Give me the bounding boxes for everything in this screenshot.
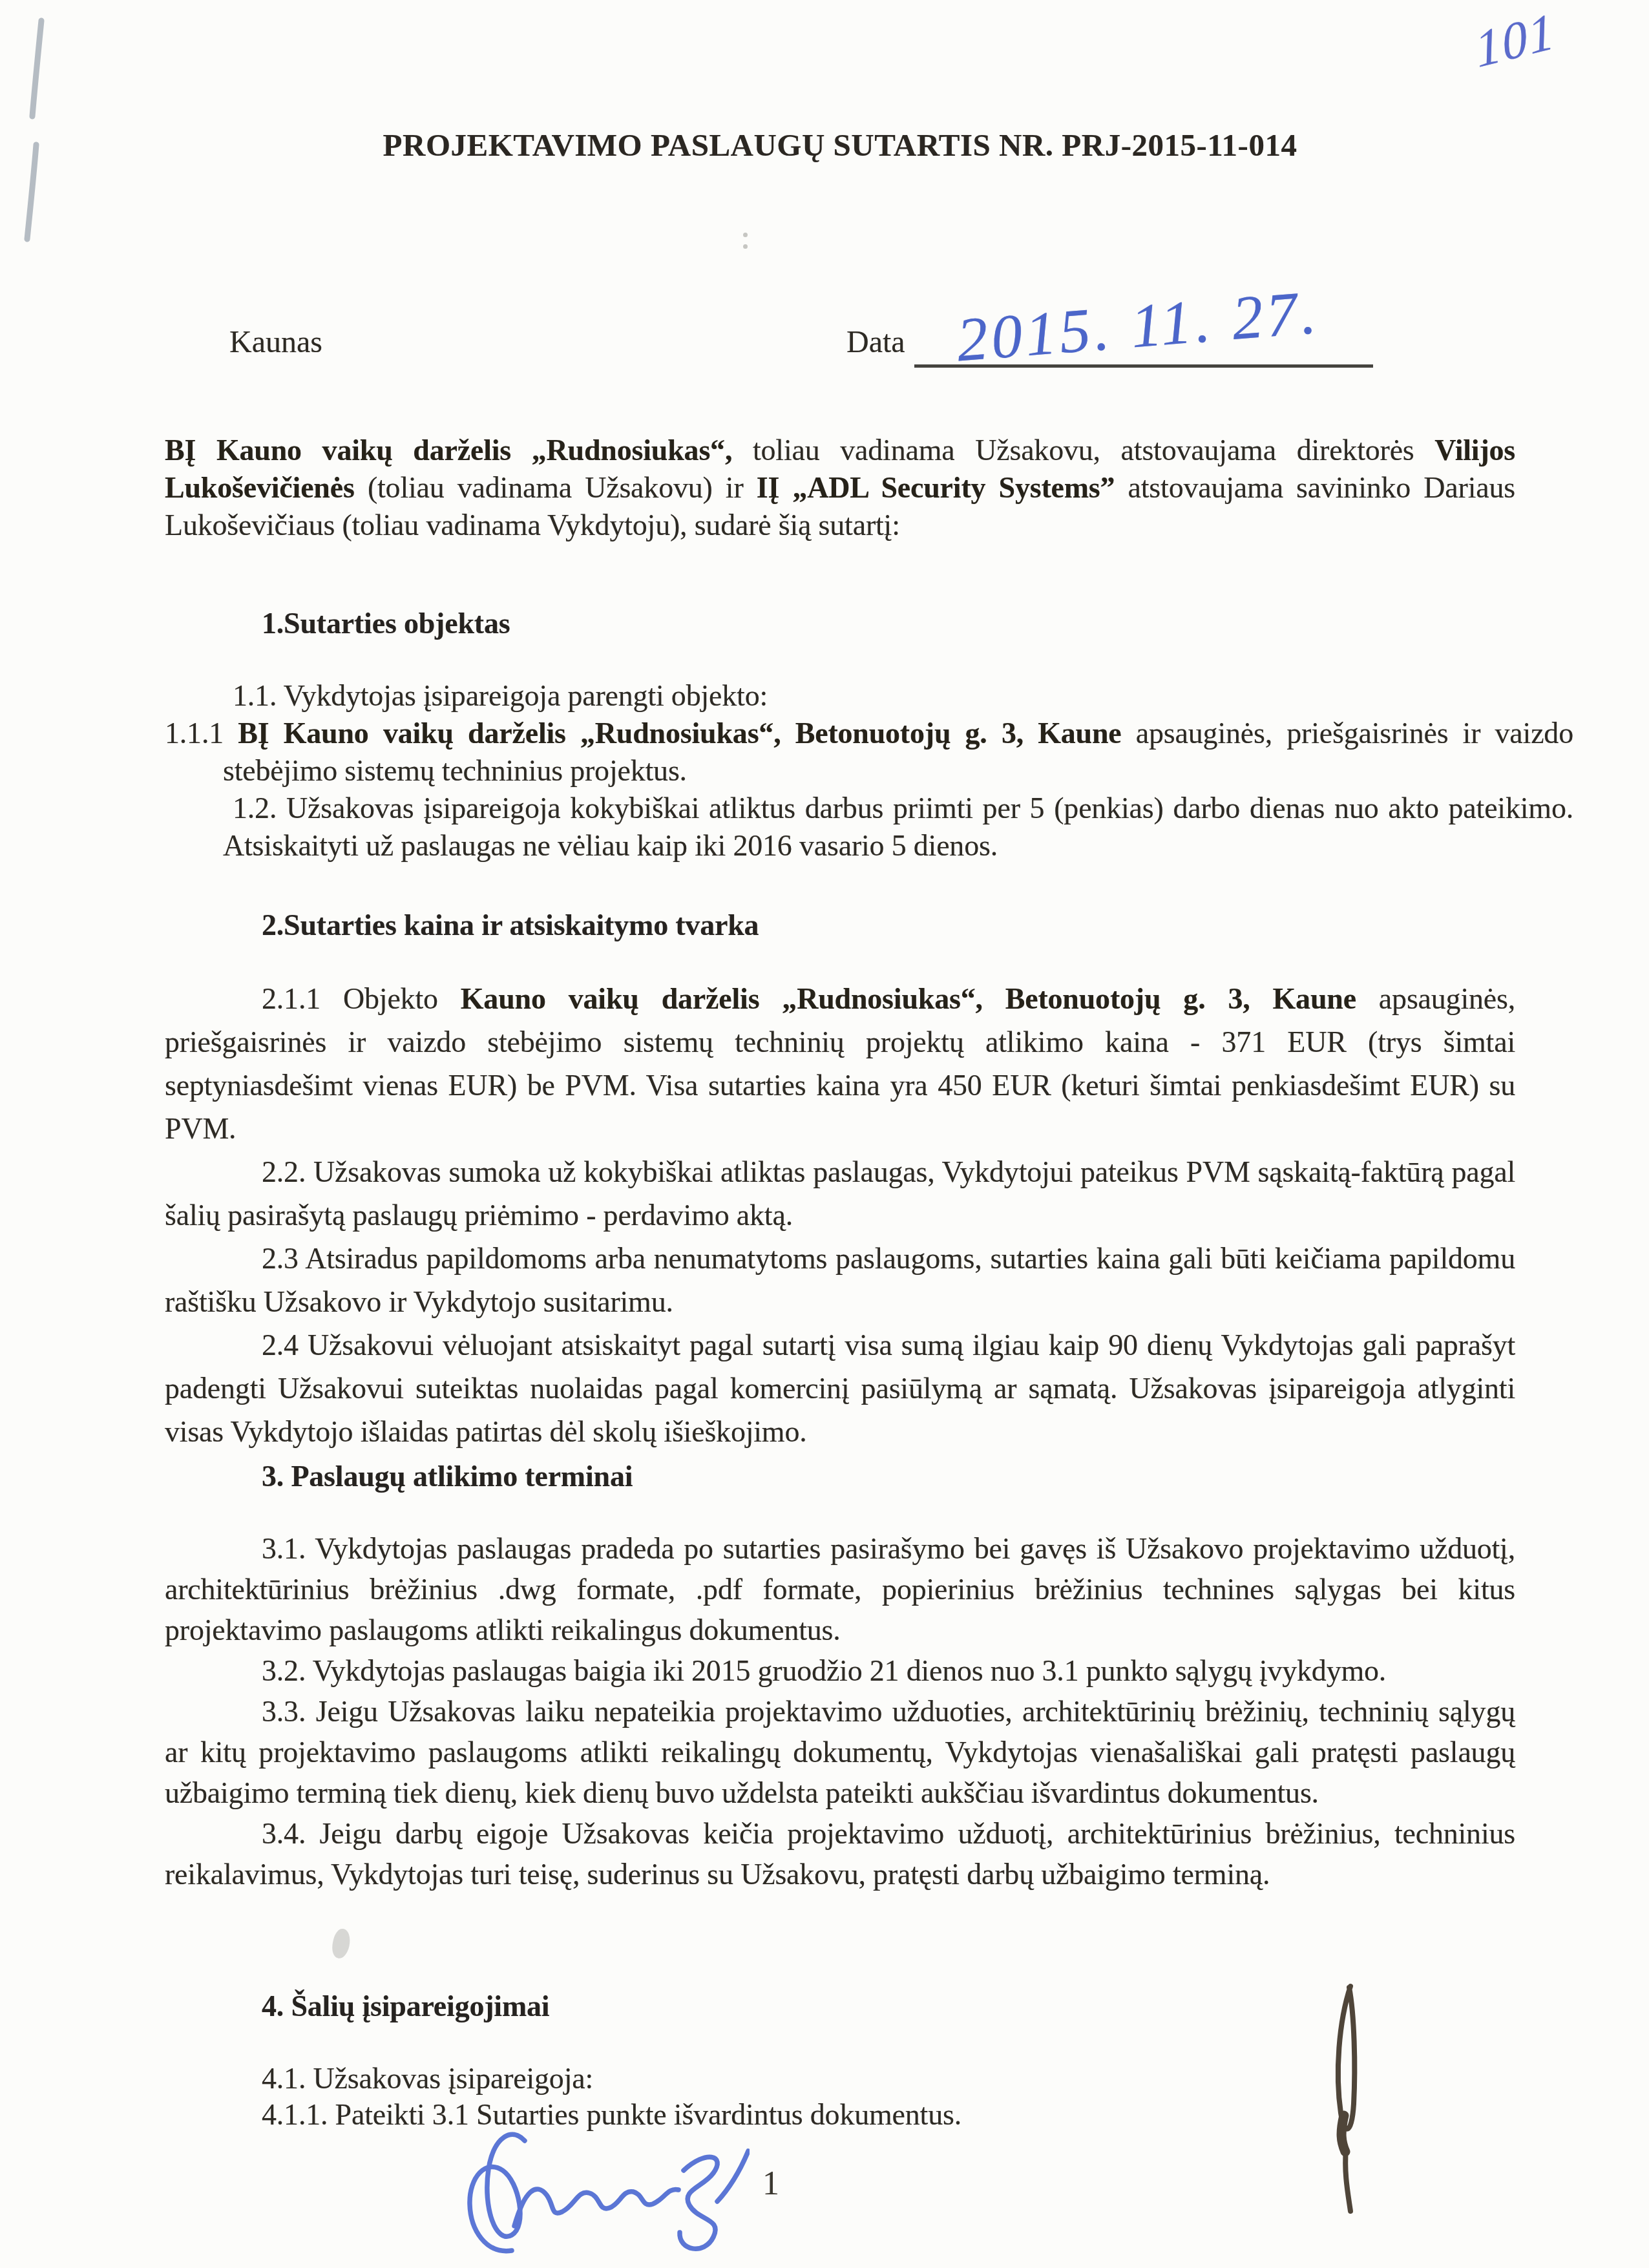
clause-2-1-1: 2.1.1 Objekto Kauno vaikų darželis „Rudn…: [165, 977, 1515, 1150]
clause-1-1: 1.1. Vykdytojas įsipareigoja parengti ob…: [233, 678, 1515, 713]
intro-party-1: BĮ Kauno vaikų darželis „Rudnosiukas“,: [165, 434, 732, 467]
intro-text-2: toliau vadinama Užsakovu, atstovaujama d…: [732, 434, 1434, 467]
clause-3-2: 3.2. Vykdytojas paslaugas baigia iki 201…: [165, 1650, 1515, 1691]
pen-stroke-mark: [1305, 1976, 1389, 2228]
clause-2-3: 2.3 Atsiradus papildomoms arba nenumatyt…: [165, 1237, 1515, 1323]
clause-2-2: 2.2. Užsakovas sumoka už kokybiškai atli…: [165, 1150, 1515, 1237]
clause-2-4: 2.4 Užsakovui vėluojant atsiskaityt paga…: [165, 1323, 1515, 1453]
place-label: Kaunas: [229, 324, 322, 360]
clause-2-1-1-number: 2.1.1 Objekto: [262, 982, 461, 1015]
clause-1-1-1: 1.1.1 BĮ Kauno vaikų darželis „Rudnosiuk…: [165, 715, 1573, 790]
meta-row: Kaunas Data 2015. 11. 27.: [165, 318, 1515, 376]
intro-text-4: (toliau vadinama Užsakovu) ir: [355, 471, 757, 504]
clause-3-4: 3.4. Jeigu darbų eigoje Užsakovas keičia…: [165, 1813, 1515, 1895]
section-1-heading: 1.Sutarties objektas: [262, 606, 510, 640]
clause-1-1-1-number: 1.1.1: [165, 717, 238, 750]
handwritten-date: 2015. 11. 27.: [954, 269, 1398, 375]
clause-1-2: 1.2. Užsakovas įsipareigoja kokybiškai a…: [165, 790, 1573, 865]
scanned-contract-page: 101 PROJEKTAVIMO PASLAUGŲ SUTARTIS NR. P…: [0, 0, 1649, 2268]
clause-1-1-1-object: BĮ Kauno vaikų darželis „Rudnosiukas“, B…: [238, 717, 1121, 750]
section-2-body: 2.1.1 Objekto Kauno vaikų darželis „Rudn…: [165, 977, 1515, 1453]
clause-3-3: 3.3. Jeigu Užsakovas laiku nepateikia pr…: [165, 1691, 1515, 1813]
scan-smudge: [330, 1927, 353, 1960]
signature: [452, 2123, 750, 2267]
binding-marks: [8, 8, 72, 247]
intro-party-2: IĮ „ADL Security Systems”: [757, 471, 1115, 504]
section-2-heading: 2.Sutarties kaina ir atsiskaitymo tvarka: [262, 908, 759, 942]
document-title: PROJEKTAVIMO PASLAUGŲ SUTARTIS NR. PRJ-2…: [165, 127, 1515, 163]
section-3-heading: 3. Paslaugų atlikimo terminai: [262, 1459, 633, 1493]
scan-speck: [743, 233, 748, 237]
date-label: Data: [846, 324, 905, 360]
page-number: 1: [762, 2165, 779, 2203]
handwritten-corner-number: 101: [1472, 2, 1559, 80]
clause-3-1: 3.1. Vykdytojas paslaugas pradeda po sut…: [165, 1528, 1515, 1650]
intro-paragraph: BĮ Kauno vaikų darželis „Rudnosiukas“, t…: [165, 432, 1515, 544]
clause-2-1-1-object: Kauno vaikų darželis „Rudnosiukas“, Beto…: [461, 982, 1356, 1015]
section-4-heading: 4. Šalių įsipareigojimai: [262, 1989, 549, 2023]
section-3-body: 3.1. Vykdytojas paslaugas pradeda po sut…: [165, 1528, 1515, 1895]
